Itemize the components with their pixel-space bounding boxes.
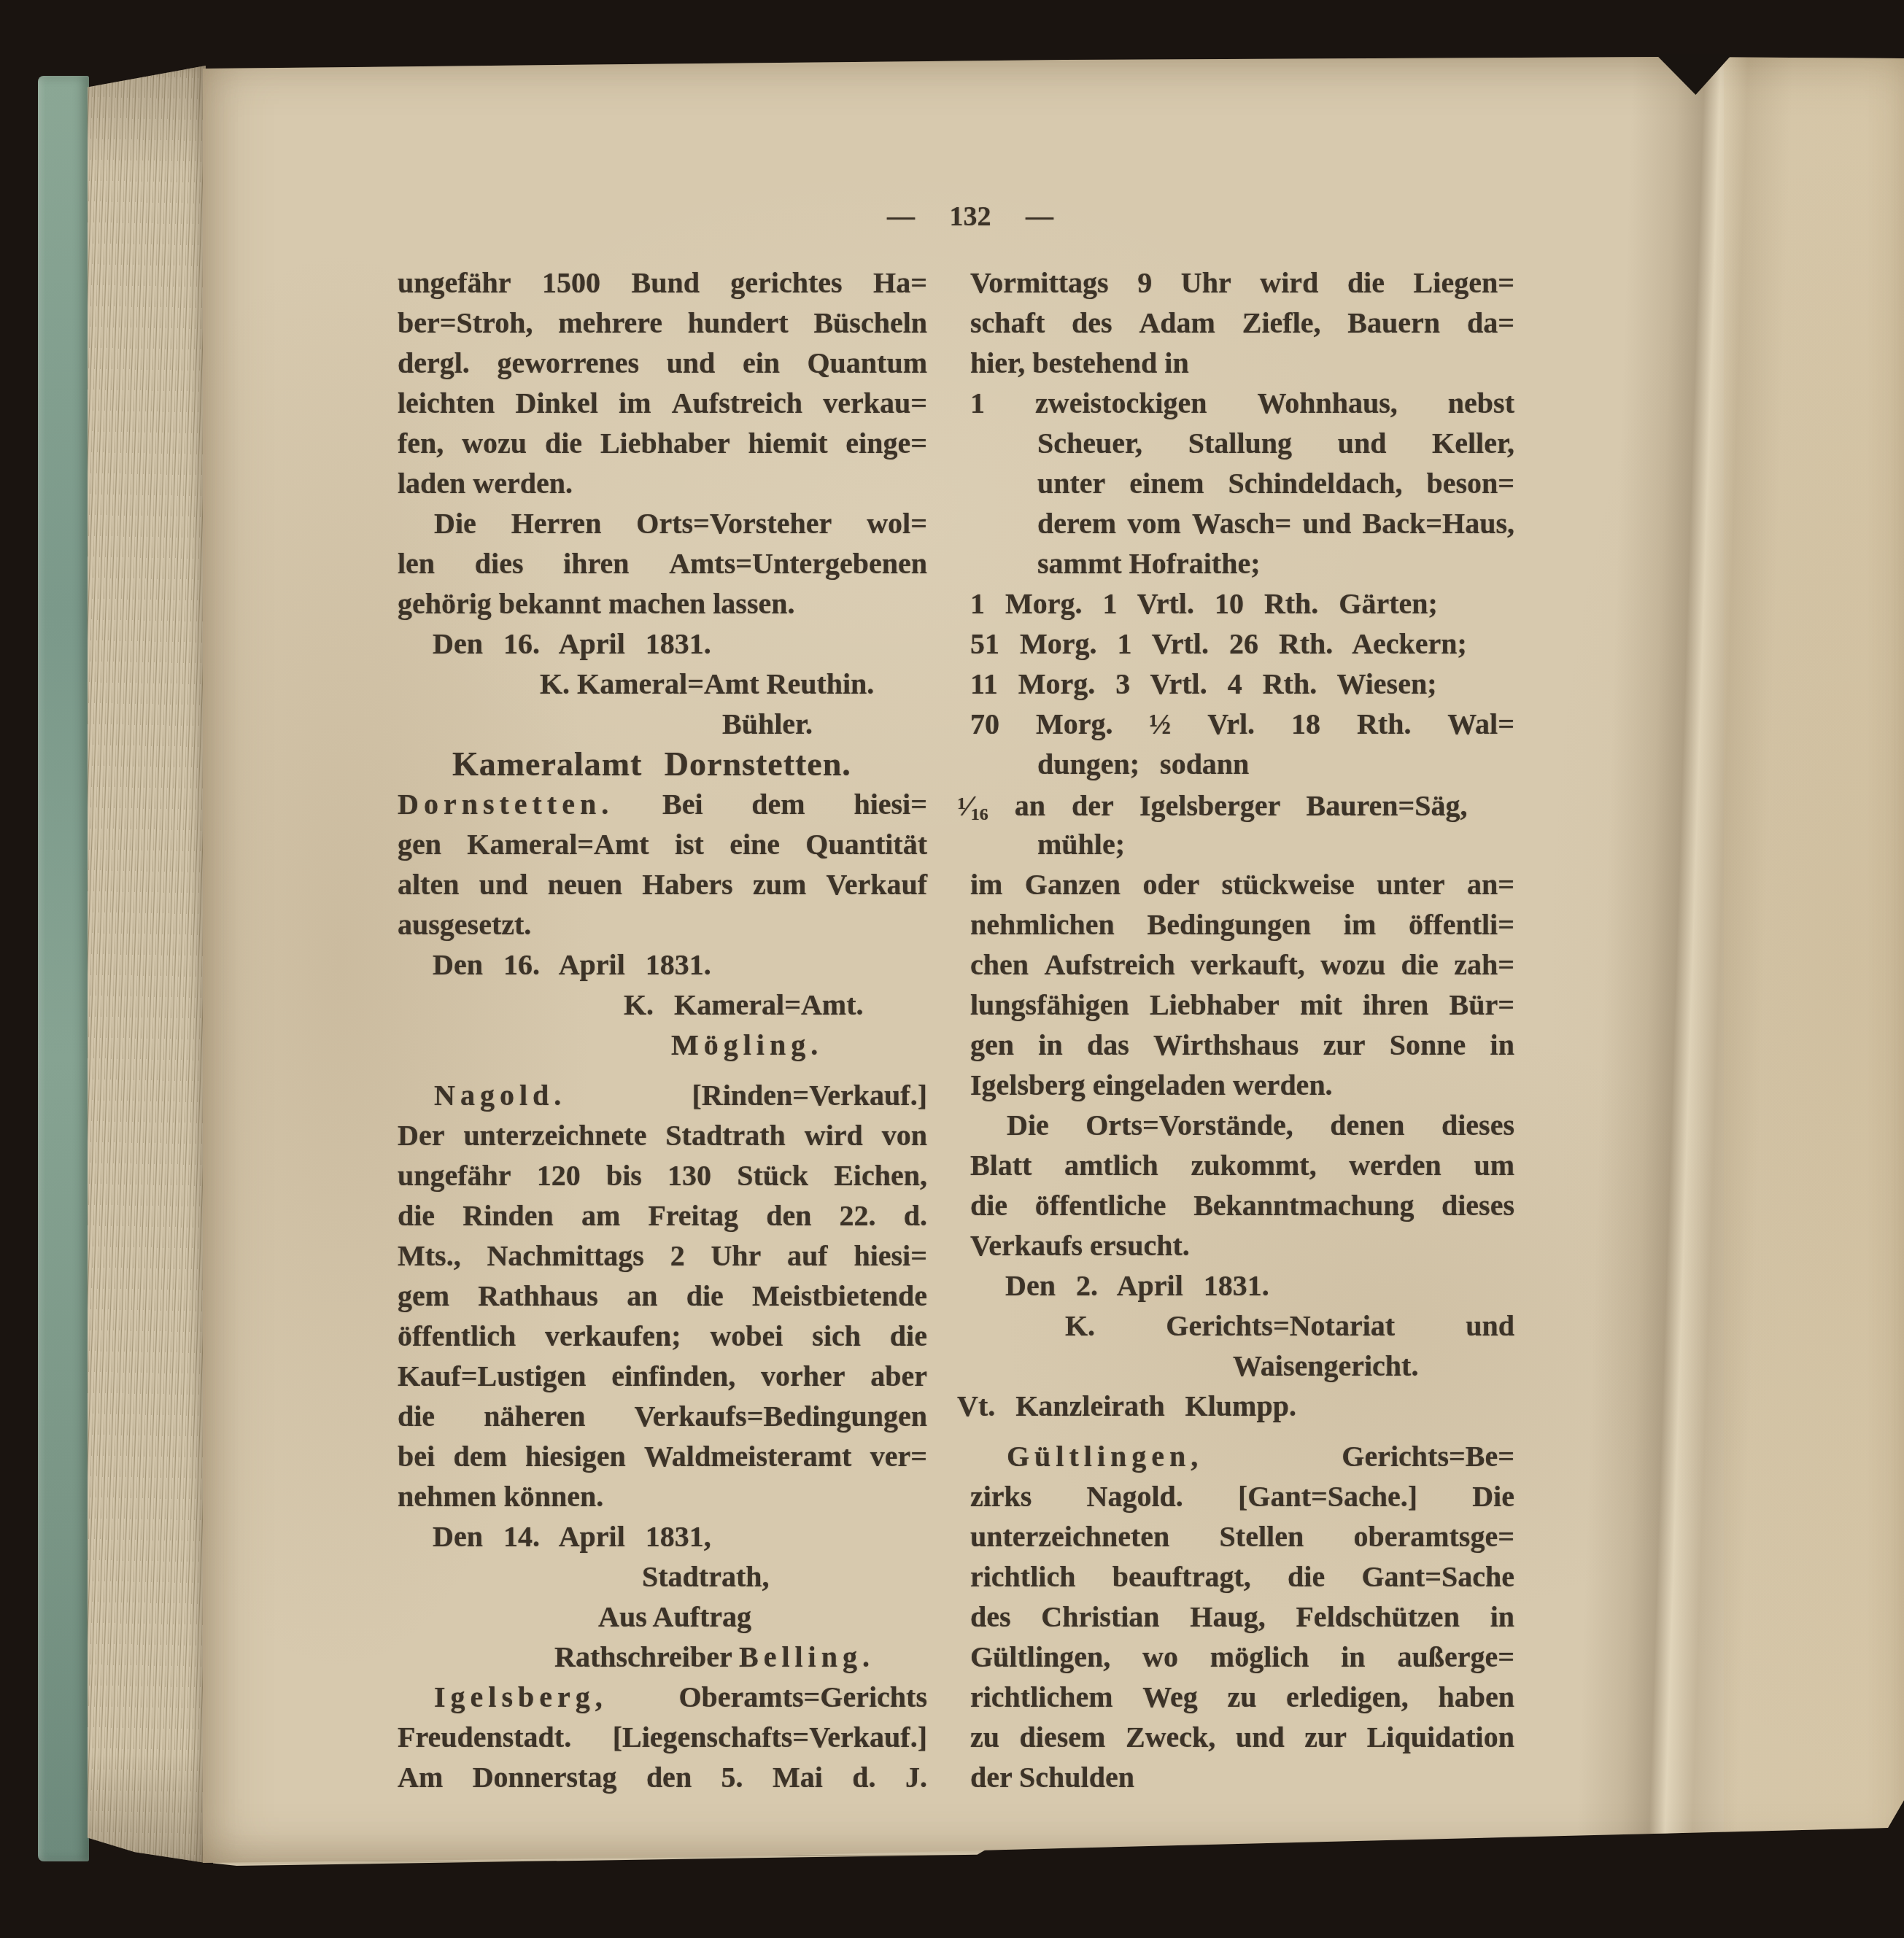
text-line: Gültlingen,Gerichts=Be= (970, 1436, 1514, 1476)
text-line: zirksNagold.[Gant=Sache.]Die (970, 1476, 1514, 1516)
text-line: dieöffentlicheBekanntmachungdieses (970, 1185, 1514, 1225)
text-line: Den 16. April 1831. (398, 624, 927, 664)
text-line: nehmen können. (398, 1476, 927, 1516)
text-line: Den 16. April 1831. (398, 945, 927, 985)
text-line: imGanzenoderstückweiseunteran= (970, 864, 1514, 904)
text-line: Vormittags9UhrwirddieLiegen= (970, 263, 1514, 303)
text-line: Stadtrath, (398, 1557, 927, 1597)
text-line: 1zweistockigenWohnhaus,nebst (970, 383, 1514, 423)
book-page: — 132 — ungefähr1500BundgerichtesHa=ber=… (203, 57, 1904, 1864)
text-line: mühle; (970, 824, 1514, 864)
text-line: genindasWirthshauszurSonnein (970, 1025, 1514, 1065)
text-line: 51 Morg. 1 Vrtl. 26 Rth. Aeckern; (970, 624, 1514, 664)
text-line: dienäherenVerkaufs=Bedingungen (398, 1396, 927, 1436)
text-line: laden werden. (398, 463, 927, 503)
text-line: ungefähr1500BundgerichtesHa= (398, 263, 927, 303)
facing-page-edge (1724, 57, 1904, 1864)
text-line: dieRindenamFreitagden22.d. (398, 1195, 927, 1236)
text-line: richtlichemWegzuerledigen,haben (970, 1677, 1514, 1717)
text-line: dungen; sodann (970, 744, 1514, 784)
text-line: Den 2. April 1831. (970, 1265, 1514, 1306)
text-line: Verkaufs ersucht. (970, 1225, 1514, 1265)
text-line: gehörig bekannt machen lassen. (398, 584, 927, 624)
text-line: K. Kameral=Amt. (398, 985, 927, 1025)
text-line: Vt. Kanzleirath Klumpp. (957, 1386, 1514, 1426)
text-line: K.Gerichts=Notariatund (970, 1306, 1514, 1346)
text-line: lungsfähigenLiebhabermitihrenBür= (970, 985, 1514, 1025)
scan-background: { "page": { "number": "132", "number_dis… (0, 0, 1904, 1938)
text-line: genKameral=AmtisteineQuantität (398, 824, 927, 864)
right-column: Vormittags9UhrwirddieLiegen=schaftdesAda… (970, 263, 1514, 1797)
text-line: Waisengericht. (970, 1346, 1514, 1386)
text-line: DerunterzeichneteStadtrathwirdvon (398, 1115, 927, 1155)
text-line: 70Morg.½Vrl.18Rth.Wal= (970, 704, 1514, 744)
text-line: Freudenstadt.[Liegenschafts=Verkauf.] (398, 1717, 927, 1757)
text-line: Kameralamt Dornstetten. (398, 744, 927, 784)
text-line: fen,wozudieLiebhaberhiemiteinge= (398, 423, 927, 463)
text-line: 1⁄16 an der Igelsberger Bauren=Säg, (957, 784, 1514, 824)
text-line: dergl.geworrenesundeinQuantum (398, 343, 927, 383)
text-line: beidemhiesigenWaldmeisteramtver= (398, 1436, 927, 1476)
text-line: 1 Morg. 1 Vrtl. 10 Rth. Gärten; (970, 584, 1514, 624)
text-line: Nagold.[Rinden=Verkauf.] (398, 1075, 927, 1115)
text-line: deremvomWasch=undBack=Haus, (970, 503, 1514, 543)
text-line: Igelsberg eingeladen werden. (970, 1065, 1514, 1105)
text-line: nehmlichenBedingungenimöffentli= (970, 904, 1514, 945)
text-line: unterzeichnetenStellenoberamtsge= (970, 1516, 1514, 1557)
text-line: schaftdesAdamZiefle,Bauernda= (970, 303, 1514, 343)
text-line: Den 14. April 1831, (398, 1516, 927, 1557)
text-line: AmDonnerstagden5.Maid.J. (398, 1757, 927, 1797)
page-number: — 132 — (766, 200, 1174, 233)
text-line: hier, bestehend in (970, 343, 1514, 383)
text-line: gemRathhausandieMeistbietende (398, 1276, 927, 1316)
left-column: ungefähr1500BundgerichtesHa=ber=Stroh,me… (398, 263, 927, 1797)
text-line: desChristianHaug,Feldschützenin (970, 1597, 1514, 1637)
text-line: öffentlichverkaufen;wobeisichdie (398, 1316, 927, 1356)
text-line: Mts.,Nachmittags2Uhraufhiesi= (398, 1236, 927, 1276)
text-line: zudiesemZweck,undzurLiquidation (970, 1717, 1514, 1757)
text-line: richtlichbeauftragt,dieGant=Sache (970, 1557, 1514, 1597)
text-line: lendiesihrenAmts=Untergebenen (398, 543, 927, 584)
text-line: Scheuer,StallungundKeller, (970, 423, 1514, 463)
text-line: Rathschreiber Belling. (398, 1637, 927, 1677)
text-line: DieOrts=Vorstände,denendieses (970, 1105, 1514, 1145)
text-line: ber=Stroh,mehrerehundertBüscheln (398, 303, 927, 343)
text-line: Aus Auftrag (398, 1597, 927, 1637)
text-line: ungefähr120bis130StückEichen, (398, 1155, 927, 1195)
text-line: chenAufstreichverkauft,wozudiezah= (970, 945, 1514, 985)
text-line: Blattamtlichzukommt,werdenum (970, 1145, 1514, 1185)
text-line: ausgesetzt. (398, 904, 927, 945)
text-line: der Schulden (970, 1757, 1514, 1797)
text-line: K. Kameral=Amt Reuthin. (398, 664, 927, 704)
text-line: Mögling. (398, 1025, 927, 1065)
text-line: Igelsberg,Oberamts=Gerichts (398, 1677, 927, 1717)
text-line: Gültlingen,womöglichinaußerge= (970, 1637, 1514, 1677)
text-line: untereinemSchindeldach,beson= (970, 463, 1514, 503)
text-line: sammt Hofraithe; (970, 543, 1514, 584)
text-line: altenundneuenHaberszumVerkauf (398, 864, 927, 904)
text-line: 11 Morg. 3 Vrtl. 4 Rth. Wiesen; (970, 664, 1514, 704)
book-cover-edge (38, 76, 89, 1861)
text-line: DieHerrenOrts=Vorsteherwol= (398, 503, 927, 543)
text-line: Kauf=Lustigeneinfinden,vorheraber (398, 1356, 927, 1396)
page-stack-edge (88, 66, 206, 1863)
text-line: Dornstetten.Beidemhiesi= (398, 784, 927, 824)
text-line: Bühler. (398, 704, 927, 744)
text-line: leichtenDinkelimAufstreichverkau= (398, 383, 927, 423)
